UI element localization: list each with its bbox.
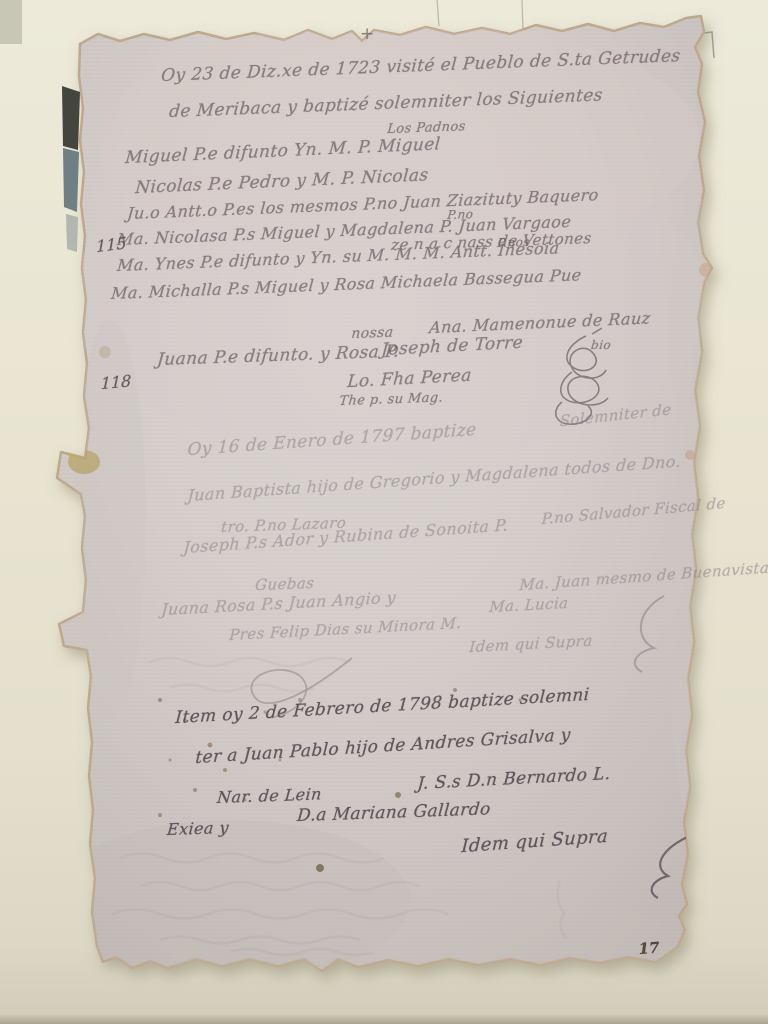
manuscript-line: Joseph de Torre: [381, 333, 524, 361]
manuscript-line: Item oy 2 de Febrero de 1798 baptize sol…: [175, 685, 591, 728]
manuscript-line: Oy 16 de Enero de 1797 baptize: [187, 420, 477, 460]
manuscript-line: P.nos: [497, 235, 531, 250]
invocation-cross: +: [360, 24, 374, 44]
margin-number-115: 115: [96, 233, 127, 256]
manuscript-line: Ma. Nicolasa P.s Miguel y Magdalena P. J…: [116, 212, 572, 249]
manuscript-line: P.no Salvador Fiscal de: [541, 494, 726, 528]
manuscript-line: Pres Felip Dias su Minora M.: [229, 614, 462, 644]
manuscript-line: Miguel P.e difunto Yn. M. P. Miguel: [124, 134, 441, 168]
manuscript-line: de Meribaca y baptizé solemniter los Sig…: [168, 85, 603, 122]
manuscript-line: Idem qui Supra: [461, 826, 609, 857]
manuscript-line: Nicolas P.e Pedro y M. P. Nicolas: [134, 165, 429, 198]
manuscript-line: P.no: [447, 207, 474, 222]
manuscript-line: Guebas: [254, 574, 315, 594]
margin-number-118: 118: [101, 371, 132, 393]
manuscript-line: Nar. de Lein: [216, 784, 322, 807]
manuscript-line: nossa: [351, 325, 395, 343]
manuscript-line: Ma. Michalla P.s Miguel y Rosa Michaela …: [110, 265, 582, 303]
manuscript-line: Ana. Mamenonue de Rauz: [428, 308, 651, 337]
manuscript-line: bio: [590, 338, 612, 352]
manuscript-line: Ju.o Antt.o P.es los mesmos P.no Juan Zi…: [126, 185, 599, 223]
document-photo: Oy 23 de Diz.xe de 1723 visité el Pueblo…: [0, 0, 768, 1024]
manuscript-line: Juana Rosa P.s Juan Angio y: [161, 588, 397, 619]
manuscript-line: Joseph P.s Ador y Rubina de Sonoita P.: [183, 515, 509, 557]
manuscript-line: tro. P.no Lazaro: [220, 514, 347, 536]
manuscript-line: Idem qui Supra: [469, 632, 594, 657]
manuscript-line: The p. su Mag.: [339, 390, 444, 409]
backdrop-bottom-shadow: [0, 1014, 768, 1024]
manuscript-line: Ma. Lucia: [489, 594, 569, 616]
manuscript-line: Lo. Fha Perea: [347, 365, 473, 392]
manuscript-line: Exiea y: [166, 818, 229, 839]
manuscript-line: D.a Mariana Gallardo: [296, 799, 491, 826]
manuscript-line: Oy 23 de Diz.xe de 1723 visité el Pueblo…: [160, 46, 681, 86]
manuscript-line: Ma. Juan mesmo de Buenavista: [519, 559, 768, 595]
manuscript-line: J. S.s D.n Bernardo L.: [417, 764, 612, 794]
manuscript-line: ze n a c nass de Vettones: [390, 229, 592, 254]
manuscript-line: Juana P.e difunto. y Rosa P.: [156, 342, 400, 371]
manuscript-line: Juan Baptista hijo de Gregorio y Magdale…: [187, 451, 682, 505]
text-layer: Oy 23 de Diz.xe de 1723 visité el Pueblo…: [0, 0, 768, 1024]
manuscript-line: Los Padnos: [387, 119, 467, 137]
page-number: 17: [638, 939, 660, 958]
manuscript-line: ter a Juan Pablo hijo de Andres Grisalva…: [195, 725, 572, 768]
manuscript-line: Solemniter de: [560, 400, 672, 430]
manuscript-line: Ma. Ynes P.e difunto y Yn. su M. M. M. A…: [116, 238, 560, 275]
